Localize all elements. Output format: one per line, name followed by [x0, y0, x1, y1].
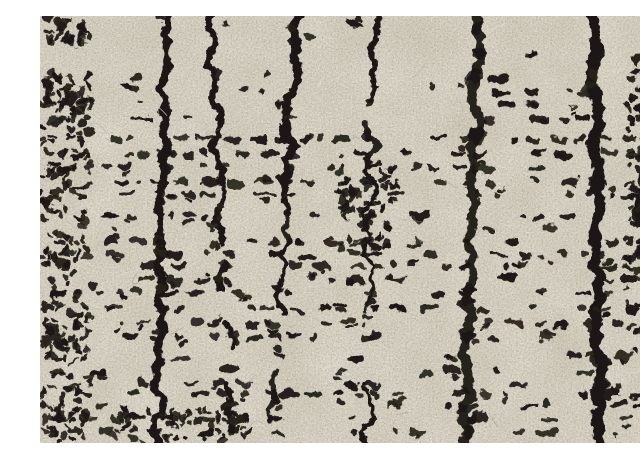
- rug-texture-image: [40, 16, 640, 443]
- rug-close-up-photo: [40, 16, 640, 443]
